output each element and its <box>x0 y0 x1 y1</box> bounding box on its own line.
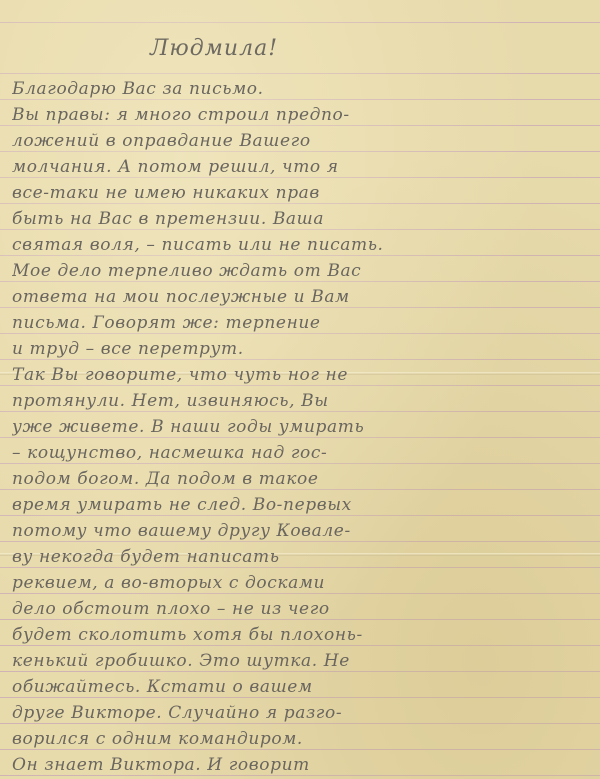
letter-line: и труд – все перетрут. <box>12 336 597 362</box>
letter-line: письма. Говорят же: терпение <box>12 310 597 336</box>
letter-line: Мое дело терпеливо ждать от Вас <box>12 258 597 284</box>
letter-line: реквием, а во-вторых с досками <box>12 570 597 596</box>
letter-line: уже живете. В наши годы умирать <box>12 414 597 440</box>
letter-line: протянули. Нет, извиняюсь, Вы <box>12 388 597 414</box>
letter-body: Благодарю Вас за письмо. Вы правы: я мно… <box>12 76 597 778</box>
letter-page: Людмила! Благодарю Вас за письмо. Вы пра… <box>0 0 600 779</box>
letter-line: все-таки не имею никаких прав <box>12 180 597 206</box>
letter-line: ложений в оправдание Вашего <box>12 128 597 154</box>
letter-line: Благодарю Вас за письмо. <box>12 76 597 102</box>
letter-line: потому что вашему другу Ковале- <box>12 518 597 544</box>
letter-line: святая воля, – писать или не писать. <box>12 232 597 258</box>
letter-line: ответа на мои послеужные и Вам <box>12 284 597 310</box>
letter-line: Так Вы говорите, что чуть ног не <box>12 362 597 388</box>
letter-line: время умирать не след. Во-первых <box>12 492 597 518</box>
letter-line: подом богом. Да подом в такое <box>12 466 597 492</box>
letter-line: Вы правы: я много строил предпо- <box>12 102 597 128</box>
letter-line: кенький гробишко. Это шутка. Не <box>12 648 597 674</box>
letter-line: быть на Вас в претензии. Ваша <box>12 206 597 232</box>
letter-line: дело обстоит плохо – не из чего <box>12 596 597 622</box>
letter-line: Он знает Виктора. И говорит <box>12 752 597 778</box>
letter-greeting: Людмила! <box>150 36 278 61</box>
letter-line: обижайтесь. Кстати о вашем <box>12 674 597 700</box>
letter-line: ву некогда будет написать <box>12 544 597 570</box>
letter-line: молчания. А потом решил, что я <box>12 154 597 180</box>
letter-line: ворился с одним командиром. <box>12 726 597 752</box>
letter-line: друге Викторе. Случайно я разго- <box>12 700 597 726</box>
letter-line: будет сколотить хотя бы плохонь- <box>12 622 597 648</box>
letter-line: – кощунство, насмешка над гос- <box>12 440 597 466</box>
